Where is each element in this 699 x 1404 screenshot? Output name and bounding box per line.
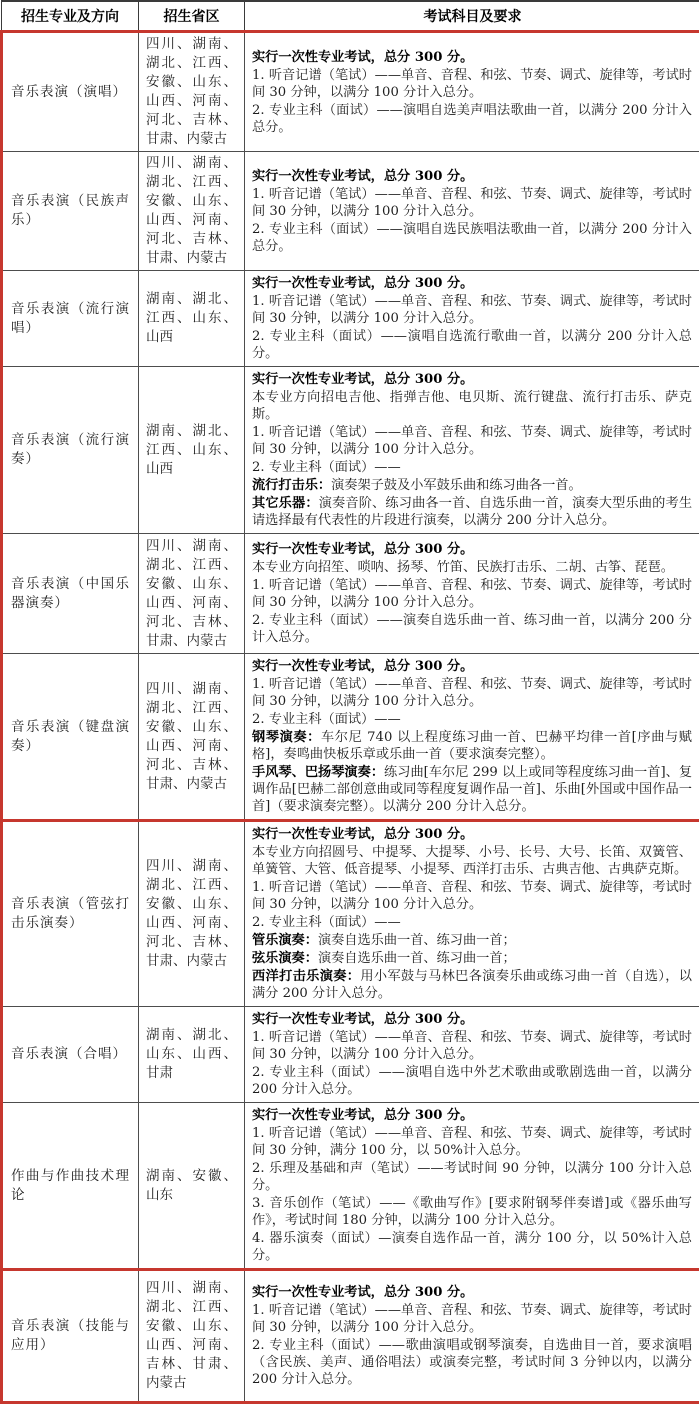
requirement-text: 1. 听音记谱（笔试）——单音、音程、和弦、节奏、调式、旋律等，考试时间 30 … [252, 187, 692, 219]
requirement-text: 演奏音阶、练习曲各一首、自选乐曲一首，演奏大型乐曲的考生请选择最有代表性的片段进… [252, 496, 692, 528]
requirements-cell: 实行一次性专业考试，总分 300 分。1. 听音记谱（笔试）——单音、音程、和弦… [245, 1270, 699, 1403]
highlight-group-3: 音乐表演（技能与应用）四川、湖南、湖北、江西、安徽、山东、山西、河南、吉林、甘肃… [2, 1270, 699, 1403]
table-row: 音乐表演（民族声乐）四川、湖南、湖北、江西、安徽、山东、山西、河南、河北、吉林、… [2, 152, 699, 271]
table-row: 音乐表演（合唱）湖南、湖北、山东、山西、甘肃实行一次性专业考试，总分 300 分… [2, 1007, 699, 1103]
requirement-text: 3. 音乐创作（笔试）——《歌曲写作》[要求附钢琴伴奏谱]或《器乐曲写作》，考试… [252, 1196, 692, 1228]
requirement-label: 实行一次性专业考试，总分 300 分。 [252, 542, 473, 557]
requirement-text: 1. 听音记谱（笔试）——单音、音程、和弦、节奏、调式、旋律等，考试时间 30 … [252, 1303, 692, 1335]
requirement-line: 实行一次性专业考试，总分 300 分。 [252, 1107, 692, 1124]
requirement-text: 1. 听音记谱（笔试）——单音、音程、和弦、节奏、调式、旋律等，考试时间 30 … [252, 880, 692, 912]
requirement-text: 1. 听音记谱（笔试）——单音、音程、和弦、节奏、调式、旋律等，考试时间 30 … [252, 677, 692, 709]
major-cell: 音乐表演（键盘演奏） [2, 654, 139, 821]
provinces-cell: 四川、湖南、湖北、江西、安徽、山东、山西、河南、河北、吉林、甘肃、内蒙古 [139, 654, 245, 821]
major-cell: 音乐表演（流行演唱） [2, 271, 139, 367]
requirement-line: 管乐演奏：演奏自选乐曲一首、练习曲一首； [252, 932, 692, 949]
requirement-label: 其它乐器： [252, 496, 319, 511]
major-cell: 音乐表演（合唱） [2, 1007, 139, 1103]
requirement-text: 2. 专业主科（面试）——演奏自选乐曲一首、练习曲一首，以满分 200 分计入总… [252, 613, 692, 645]
requirement-text: 本专业方向招电吉他、指弹吉他、电贝斯、流行键盘、流行打击乐、萨克斯。 [252, 390, 692, 422]
requirement-line: 1. 听音记谱（笔试）——单音、音程、和弦、节奏、调式、旋律等，考试时间 30 … [252, 1029, 692, 1063]
requirement-line: 2. 专业主科（面试）——演唱自选中外艺术歌曲或歌剧选曲一首，以满分 200 分… [252, 1064, 692, 1098]
requirement-line: 2. 专业主科（面试）——演奏自选乐曲一首、练习曲一首，以满分 200 分计入总… [252, 612, 692, 646]
table-row: 音乐表演（管弦打击乐演奏）四川、湖南、湖北、江西、安徽、山东、山西、河南、河北、… [2, 821, 699, 1007]
requirement-label: 实行一次性专业考试，总分 300 分。 [252, 1285, 473, 1300]
requirement-text: 演奏自选乐曲一首、练习曲一首； [318, 933, 516, 948]
requirement-line: 实行一次性专业考试，总分 300 分。 [252, 1284, 692, 1301]
table-header-row: 招生专业及方向 招生省区 考试科目及要求 [2, 1, 699, 32]
requirement-line: 2. 专业主科（面试）——歌曲演唱或钢琴演奏，自选曲目一首，要求演唱（含民族、美… [252, 1337, 692, 1388]
requirement-line: 实行一次性专业考试，总分 300 分。 [252, 826, 692, 843]
requirement-text: 1. 听音记谱（笔试）——单音、音程、和弦、节奏、调式、旋律等，考试时间 30 … [252, 68, 692, 100]
header-requirements-column: 考试科目及要求 [245, 1, 699, 32]
requirement-text: 2. 专业主科（面试）——演唱自选美声唱法歌曲一首，以满分 200 分计入总分。 [252, 103, 692, 135]
requirement-line: 2. 专业主科（面试）——演唱自选民族唱法歌曲一首，以满分 200 分计入总分。 [252, 221, 692, 255]
requirement-label: 弦乐演奏： [252, 951, 318, 966]
requirements-cell: 实行一次性专业考试，总分 300 分。1. 听音记谱（笔试）——单音、音程、和弦… [245, 1007, 699, 1103]
requirement-label: 实行一次性专业考试，总分 300 分。 [252, 1012, 473, 1027]
requirement-label: 实行一次性专业考试，总分 300 分。 [252, 659, 473, 674]
requirement-label: 实行一次性专业考试，总分 300 分。 [252, 169, 473, 184]
requirement-label: 钢琴演奏： [252, 730, 321, 745]
requirements-cell: 实行一次性专业考试，总分 300 分。本专业方向招笙、唢呐、扬琴、竹笛、民族打击… [245, 534, 699, 654]
requirements-cell: 实行一次性专业考试，总分 300 分。1. 听音记谱（笔试）——单音、音程、和弦… [245, 32, 699, 152]
requirement-text: 2. 乐理及基础和声（笔试）——考试时间 90 分钟，以满分 100 分计入总分… [252, 1161, 692, 1193]
provinces-cell: 湖南、安徽、山东 [139, 1103, 245, 1270]
requirement-text: 2. 专业主科（面试）——演唱自选民族唱法歌曲一首，以满分 200 分计入总分。 [252, 222, 692, 254]
requirement-text: 1. 听音记谱（笔试）——单音、音程、和弦、节奏、调式、旋律等，考试时间 30 … [252, 1126, 692, 1158]
requirement-text: 2. 专业主科（面试）—— [252, 915, 401, 930]
requirement-line: 钢琴演奏：车尔尼 740 以上程度练习曲一首、巴赫平均律一首[序曲与赋格]，奏鸣… [252, 729, 692, 763]
header-major-column: 招生专业及方向 [2, 1, 139, 32]
requirement-line: 1. 听音记谱（笔试）——单音、音程、和弦、节奏、调式、旋律等，考试时间 30 … [252, 424, 692, 458]
requirement-text: 2. 专业主科（面试）——演唱自选流行歌曲一首，以满分 200 分计入总分。 [252, 329, 692, 361]
requirement-text: 1. 听音记谱（笔试）——单音、音程、和弦、节奏、调式、旋律等，考试时间 30 … [252, 1030, 692, 1062]
requirement-line: 3. 音乐创作（笔试）——《歌曲写作》[要求附钢琴伴奏谱]或《器乐曲写作》，考试… [252, 1195, 692, 1229]
requirement-line: 实行一次性专业考试，总分 300 分。 [252, 1011, 692, 1028]
requirement-text: 演奏架子鼓及小军鼓乐曲和练习曲各一首。 [331, 478, 582, 493]
requirement-label: 流行打击乐： [252, 478, 331, 493]
highlight-group-1: 音乐表演（演唱）四川、湖南、湖北、江西、安徽、山东、山西、河南、河北、吉林、甘肃… [2, 32, 699, 821]
table-row: 音乐表演（流行演奏）湖南、湖北、江西、山东、山西实行一次性专业考试，总分 300… [2, 367, 699, 534]
requirement-label: 实行一次性专业考试，总分 300 分。 [252, 827, 473, 842]
requirement-text: 本专业方向招笙、唢呐、扬琴、竹笛、民族打击乐、二胡、古筝、琵琶。 [252, 560, 674, 575]
major-cell: 音乐表演（中国乐器演奏） [2, 534, 139, 654]
table-row: 音乐表演（流行演唱）湖南、湖北、江西、山东、山西实行一次性专业考试，总分 300… [2, 271, 699, 367]
requirement-line: 1. 听音记谱（笔试）——单音、音程、和弦、节奏、调式、旋律等，考试时间 30 … [252, 1125, 692, 1159]
requirement-line: 2. 乐理及基础和声（笔试）——考试时间 90 分钟，以满分 100 分计入总分… [252, 1160, 692, 1194]
provinces-cell: 湖南、湖北、江西、山东、山西 [139, 271, 245, 367]
provinces-cell: 四川、湖南、湖北、江西、安徽、山东、山西、河南、吉林、甘肃、内蒙古 [139, 1270, 245, 1403]
requirement-text: 1. 听音记谱（笔试）——单音、音程、和弦、节奏、调式、旋律等，考试时间 30 … [252, 294, 692, 326]
requirement-line: 本专业方向招笙、唢呐、扬琴、竹笛、民族打击乐、二胡、古筝、琵琶。 [252, 559, 692, 576]
requirement-line: 实行一次性专业考试，总分 300 分。 [252, 49, 692, 66]
requirement-line: 1. 听音记谱（笔试）——单音、音程、和弦、节奏、调式、旋律等，考试时间 30 … [252, 67, 692, 101]
requirement-line: 1. 听音记谱（笔试）——单音、音程、和弦、节奏、调式、旋律等，考试时间 30 … [252, 676, 692, 710]
requirement-line: 实行一次性专业考试，总分 300 分。 [252, 168, 692, 185]
provinces-cell: 湖南、湖北、江西、山东、山西 [139, 367, 245, 534]
requirement-line: 本专业方向招电吉他、指弹吉他、电贝斯、流行键盘、流行打击乐、萨克斯。 [252, 389, 692, 423]
requirements-cell: 实行一次性专业考试，总分 300 分。1. 听音记谱（笔试）——单音、音程、和弦… [245, 152, 699, 271]
requirement-line: 1. 听音记谱（笔试）——单音、音程、和弦、节奏、调式、旋律等，考试时间 30 … [252, 577, 692, 611]
document-page: 招生专业及方向 招生省区 考试科目及要求 音乐表演（演唱）四川、湖南、湖北、江西… [0, 0, 699, 1404]
requirement-line: 1. 听音记谱（笔试）——单音、音程、和弦、节奏、调式、旋律等，考试时间 30 … [252, 1302, 692, 1336]
table-row: 音乐表演（演唱）四川、湖南、湖北、江西、安徽、山东、山西、河南、河北、吉林、甘肃… [2, 32, 699, 152]
requirements-cell: 实行一次性专业考试，总分 300 分。1. 听音记谱（笔试）——单音、音程、和弦… [245, 271, 699, 367]
requirement-text: 本专业方向招圆号、中提琴、大提琴、小号、长号、大号、长笛、双簧管、单簧管、大管、… [252, 845, 692, 877]
exam-requirements-table: 招生专业及方向 招生省区 考试科目及要求 音乐表演（演唱）四川、湖南、湖北、江西… [0, 0, 699, 1404]
major-cell: 音乐表演（流行演奏） [2, 367, 139, 534]
major-cell: 作曲与作曲技术理论 [2, 1103, 139, 1270]
table-row: 音乐表演（技能与应用）四川、湖南、湖北、江西、安徽、山东、山西、河南、吉林、甘肃… [2, 1270, 699, 1403]
major-cell: 音乐表演（管弦打击乐演奏） [2, 821, 139, 1007]
highlight-group-2: 音乐表演（管弦打击乐演奏）四川、湖南、湖北、江西、安徽、山东、山西、河南、河北、… [2, 821, 699, 1270]
table-row: 音乐表演（键盘演奏）四川、湖南、湖北、江西、安徽、山东、山西、河南、河北、吉林、… [2, 654, 699, 821]
requirement-line: 实行一次性专业考试，总分 300 分。 [252, 541, 692, 558]
table-row: 音乐表演（中国乐器演奏）四川、湖南、湖北、江西、安徽、山东、山西、河南、河北、吉… [2, 534, 699, 654]
major-cell: 音乐表演（演唱） [2, 32, 139, 152]
requirement-text: 2. 专业主科（面试）—— [252, 460, 401, 475]
provinces-cell: 四川、湖南、湖北、江西、安徽、山东、山西、河南、河北、吉林、甘肃、内蒙古 [139, 821, 245, 1007]
requirement-text: 4. 器乐演奏（面试）—演奏自选作品一首，满分 100 分，以 50%计入总分。 [252, 1231, 692, 1263]
requirement-line: 弦乐演奏：演奏自选乐曲一首、练习曲一首； [252, 950, 692, 967]
requirement-line: 2. 专业主科（面试）——演唱自选美声唱法歌曲一首，以满分 200 分计入总分。 [252, 102, 692, 136]
requirement-line: 其它乐器：演奏音阶、练习曲各一首、自选乐曲一首，演奏大型乐曲的考生请选择最有代表… [252, 495, 692, 529]
requirement-text: 2. 专业主科（面试）——演唱自选中外艺术歌曲或歌剧选曲一首，以满分 200 分… [252, 1065, 692, 1097]
header-provinces-column: 招生省区 [139, 1, 245, 32]
requirement-label: 实行一次性专业考试，总分 300 分。 [252, 372, 473, 387]
requirements-cell: 实行一次性专业考试，总分 300 分。本专业方向招圆号、中提琴、大提琴、小号、长… [245, 821, 699, 1007]
requirement-line: 本专业方向招圆号、中提琴、大提琴、小号、长号、大号、长笛、双簧管、单簧管、大管、… [252, 844, 692, 878]
requirement-text: 2. 专业主科（面试）——歌曲演唱或钢琴演奏，自选曲目一首，要求演唱（含民族、美… [252, 1338, 692, 1387]
provinces-cell: 四川、湖南、湖北、江西、安徽、山东、山西、河南、河北、吉林、甘肃、内蒙古 [139, 534, 245, 654]
requirement-line: 4. 器乐演奏（面试）—演奏自选作品一首，满分 100 分，以 50%计入总分。 [252, 1230, 692, 1264]
requirement-text: 1. 听音记谱（笔试）——单音、音程、和弦、节奏、调式、旋律等，考试时间 30 … [252, 578, 692, 610]
provinces-cell: 四川、湖南、湖北、江西、安徽、山东、山西、河南、河北、吉林、甘肃、内蒙古 [139, 152, 245, 271]
requirement-line: 2. 专业主科（面试）—— [252, 459, 692, 476]
requirement-line: 1. 听音记谱（笔试）——单音、音程、和弦、节奏、调式、旋律等，考试时间 30 … [252, 186, 692, 220]
requirement-line: 流行打击乐：演奏架子鼓及小军鼓乐曲和练习曲各一首。 [252, 477, 692, 494]
major-cell: 音乐表演（民族声乐） [2, 152, 139, 271]
requirement-line: 1. 听音记谱（笔试）——单音、音程、和弦、节奏、调式、旋律等，考试时间 30 … [252, 879, 692, 913]
requirement-line: 手风琴、巴扬琴演奏：练习曲[车尔尼 299 以上或同等程度练习曲一首]、复调作品… [252, 764, 692, 815]
requirement-line: 实行一次性专业考试，总分 300 分。 [252, 371, 692, 388]
requirement-line: 实行一次性专业考试，总分 300 分。 [252, 658, 692, 675]
requirement-label: 管乐演奏： [252, 933, 318, 948]
requirement-label: 西洋打击乐演奏： [252, 969, 360, 984]
requirements-cell: 实行一次性专业考试，总分 300 分。1. 听音记谱（笔试）——单音、音程、和弦… [245, 654, 699, 821]
requirement-label: 实行一次性专业考试，总分 300 分。 [252, 276, 473, 291]
requirement-label: 手风琴、巴扬琴演奏： [252, 765, 384, 780]
provinces-cell: 四川、湖南、湖北、江西、安徽、山东、山西、河南、河北、吉林、甘肃、内蒙古 [139, 32, 245, 152]
requirement-line: 2. 专业主科（面试）—— [252, 711, 692, 728]
requirement-line: 1. 听音记谱（笔试）——单音、音程、和弦、节奏、调式、旋律等，考试时间 30 … [252, 293, 692, 327]
requirement-label: 实行一次性专业考试，总分 300 分。 [252, 1108, 473, 1123]
requirement-line: 西洋打击乐演奏：用小军鼓与马林巴各演奏乐曲或练习曲一首（自选），以满分 200 … [252, 968, 692, 1002]
table-row: 作曲与作曲技术理论湖南、安徽、山东实行一次性专业考试，总分 300 分。1. 听… [2, 1103, 699, 1270]
requirement-line: 2. 专业主科（面试）——演唱自选流行歌曲一首，以满分 200 分计入总分。 [252, 328, 692, 362]
requirement-text: 演奏自选乐曲一首、练习曲一首； [318, 951, 516, 966]
requirement-text: 2. 专业主科（面试）—— [252, 712, 401, 727]
requirement-label: 实行一次性专业考试，总分 300 分。 [252, 50, 473, 65]
requirement-line: 2. 专业主科（面试）—— [252, 914, 692, 931]
provinces-cell: 湖南、湖北、山东、山西、甘肃 [139, 1007, 245, 1103]
major-cell: 音乐表演（技能与应用） [2, 1270, 139, 1403]
requirement-line: 实行一次性专业考试，总分 300 分。 [252, 275, 692, 292]
requirement-text: 1. 听音记谱（笔试）——单音、音程、和弦、节奏、调式、旋律等，考试时间 30 … [252, 425, 692, 457]
requirements-cell: 实行一次性专业考试，总分 300 分。本专业方向招电吉他、指弹吉他、电贝斯、流行… [245, 367, 699, 534]
requirements-cell: 实行一次性专业考试，总分 300 分。1. 听音记谱（笔试）——单音、音程、和弦… [245, 1103, 699, 1270]
